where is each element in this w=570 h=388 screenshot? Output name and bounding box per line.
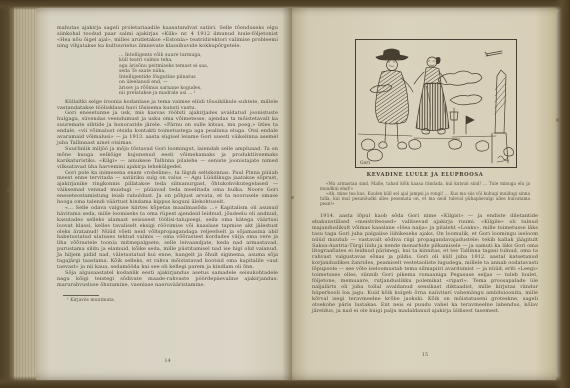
illustration-caption-title: KEVADINE LUULE JA ELUPROOSA xyxy=(312,172,538,178)
paragraph: «... Selle odava valguse kiirtes kõpetas… xyxy=(57,206,278,271)
paragraph: Gori enesetunne ja usk, mis kasvas rööbi… xyxy=(57,111,278,146)
paragraph: 1914. aasta lõpul kaob sõda Gori nime «K… xyxy=(312,214,538,314)
caption-line: «Ma armastan sind, Malle, tahad kõik kaa… xyxy=(320,181,530,191)
page-number-left: 14 xyxy=(57,358,278,364)
right-page-text-column: 1914. aasta lõpul kaob sõda Gori nime «K… xyxy=(312,214,538,314)
left-page-text-column: mahutas ajakirja sageli proletariaadile … xyxy=(57,26,278,303)
page-number-right: 15 xyxy=(312,352,538,358)
footnote-rule xyxy=(63,295,99,296)
artist-signature: Gori xyxy=(360,160,370,166)
footnote: ¹ Kirjaviis muutmata. xyxy=(67,298,278,303)
paragraph: Sõja algusaastatel kodanlik eesti ajakir… xyxy=(57,271,278,289)
page-blemish xyxy=(7,188,11,193)
paragraph-continuation: mahutas ajakirja sageli proletariaadile … xyxy=(57,26,278,50)
book-spread-photo: mahutas ajakirja sageli proletariaadile … xyxy=(0,0,570,388)
verse-line: nii prelatakse ja madrale asi ... ¹ xyxy=(119,91,278,97)
illustration-caption-dialogue: «Ma armastan sind, Malle, tahad kõik kaa… xyxy=(320,181,530,206)
caption-line: «Ah, mine tea kus. Kuulen küll sel ajal … xyxy=(320,191,530,206)
verse-quote-block: ... Intelligents võib suure tarmuga, kül… xyxy=(119,53,278,97)
book-cover-edge-right xyxy=(554,0,570,388)
right-page: Gori KEVADINE LUULE JA ELUPROOSA «Ma arm… xyxy=(292,8,556,380)
cartoon-illustration: Gori xyxy=(354,38,518,169)
left-page: mahutas ajakirja sageli proletariaadile … xyxy=(36,8,292,380)
page-blemish xyxy=(556,118,559,122)
page-blemish xyxy=(291,196,294,199)
paragraph: Gori pole ka inimesena enam «robeline», … xyxy=(57,171,278,206)
paragraph: Suurlinlik miljöö ja mõju tõstavad Gori … xyxy=(57,147,278,171)
